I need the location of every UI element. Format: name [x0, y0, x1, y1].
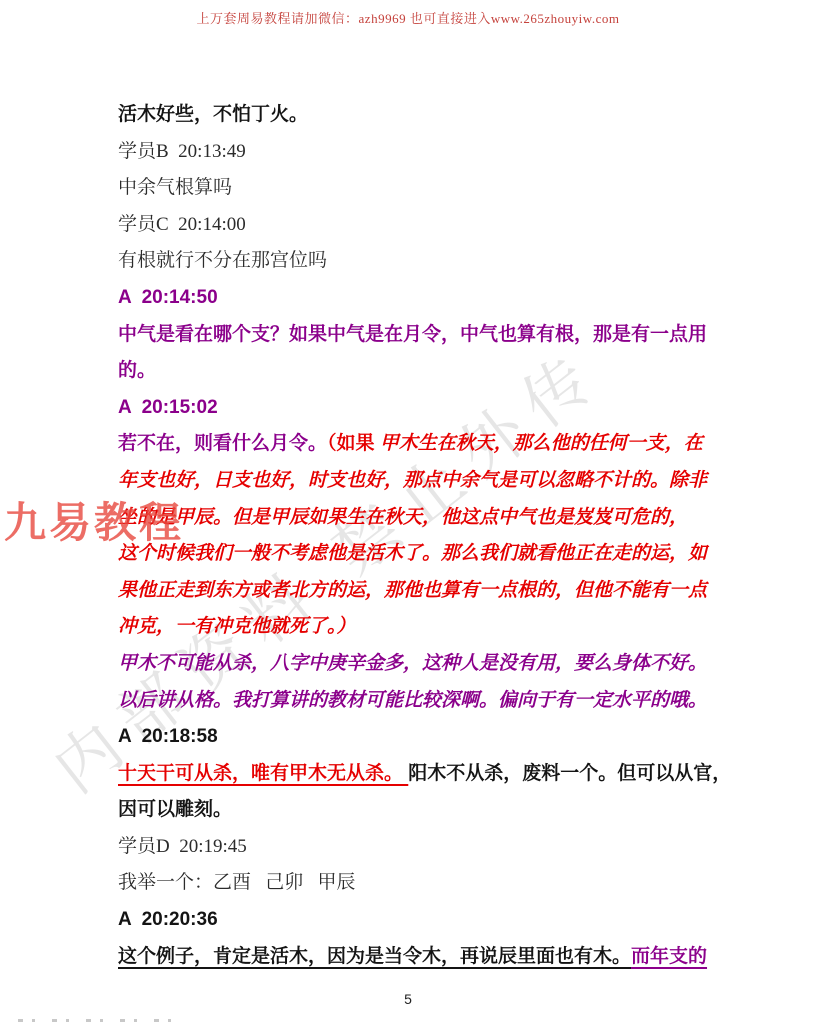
- message-line: 的。: [118, 353, 718, 390]
- speaker-timestamp-line: 学员C 20:14:00: [118, 207, 718, 244]
- brand-watermark: 九易教程: [4, 490, 184, 550]
- message-line: 这个时候我们一般不考虑他是活木了。那么我们就看他正在走的运，如: [118, 536, 718, 573]
- message-line: 十天干可从杀，唯有甲木无从杀。 阳木不从杀，废料一个。但可以从官，: [118, 756, 718, 793]
- message-line: 中余气根算吗: [118, 170, 718, 207]
- message-line: 这个例子，肯定是活木，因为是当令木，再说辰里面也有木。而年支的: [118, 939, 718, 976]
- speaker-timestamp-line: A 20:14:50: [118, 280, 718, 317]
- speaker-timestamp: A 20:20:36: [118, 909, 218, 930]
- speaker-timestamp-line: A 20:20:36: [118, 902, 718, 939]
- speaker-timestamp-line: A 20:15:02: [118, 390, 718, 427]
- speaker-timestamp: A 20:14:50: [118, 287, 218, 308]
- speaker-timestamp: 学员C 20:14:00: [118, 214, 246, 235]
- message-text-underlined: 十天干可从杀，唯有甲木无从杀。: [118, 763, 408, 784]
- cutoff-text-fragment: [18, 1019, 178, 1022]
- message-line: 以后讲从格。我打算讲的教材可能比较深啊。偏向于有一定水平的哦。: [118, 683, 718, 720]
- message-text: 因可以雕刻。: [118, 799, 232, 820]
- page-number: 5: [0, 991, 816, 1007]
- speaker-timestamp: 学员B 20:13:49: [118, 141, 246, 162]
- message-text: 阳木不从杀，废料一个。但可以从官，: [408, 763, 731, 784]
- message-text-underlined: 而年支的: [631, 946, 707, 967]
- speaker-timestamp-line: A 20:18:58: [118, 719, 718, 756]
- message-text: 中余气根算吗: [118, 177, 232, 198]
- document-page: { "header": { "notice": "上万套周易教程请加微信：azh…: [0, 0, 816, 1025]
- message-line: 因可以雕刻。: [118, 792, 718, 829]
- message-line: 我举一个：乙酉 己卯 甲辰: [118, 865, 718, 902]
- chat-transcript: 活木好些，不怕丁火。 学员B 20:13:49 中余气根算吗 学员C 20:14…: [118, 97, 718, 975]
- speaker-timestamp: A 20:18:58: [118, 726, 218, 747]
- speaker-timestamp-line: 学员D 20:19:45: [118, 829, 718, 866]
- message-text: 坐的是甲辰。但是甲辰如果生在秋天，他这点中气也是岌岌可危的，: [118, 507, 688, 528]
- message-line: 年支也好，日支也好，时支也好，那点中余气是可以忽略不计的。除非: [118, 463, 718, 500]
- message-text: 这个时候我们一般不考虑他是活木了。那么我们就看他正在走的运，如: [118, 543, 707, 564]
- message-line: 冲克，一有冲克他就死了。）: [118, 609, 718, 646]
- message-text: （如果: [327, 433, 380, 454]
- message-text: 活木好些，不怕丁火。: [118, 104, 308, 125]
- message-text-underlined: 这个例子，肯定是活木，因为是当令木，再说辰里面也有木。: [118, 946, 631, 967]
- message-text: 年支也好，日支也好，时支也好，那点中余气是可以忽略不计的。除非: [118, 470, 707, 491]
- message-text: 果他正走到东方或者北方的运，那他也算有一点根的，但他不能有一点: [118, 580, 707, 601]
- message-text: 冲克，一有冲克他就死了。）: [118, 616, 356, 637]
- message-text: 甲木生在秋天，那么他的任何一支，在: [380, 433, 703, 454]
- message-text: 中气是看在哪个支？如果中气是在月令，中气也算有根，那是有一点用: [118, 324, 707, 345]
- speaker-timestamp: 学员D 20:19:45: [118, 836, 247, 857]
- message-text: 以后讲从格。我打算讲的教材可能比较深啊。偏向于有一定水平的哦。: [118, 690, 707, 711]
- message-line: 活木好些，不怕丁火。: [118, 97, 718, 134]
- message-text: 的。: [118, 360, 156, 381]
- message-text: 若不在，则看什么月令。: [118, 433, 327, 454]
- message-line: 若不在，则看什么月令。（如果 甲木生在秋天，那么他的任何一支，在: [118, 426, 718, 463]
- message-text: 有根就行不分在那宫位吗: [118, 250, 327, 271]
- message-line: 坐的是甲辰。但是甲辰如果生在秋天，他这点中气也是岌岌可危的，: [118, 500, 718, 537]
- message-line: 甲木不可能从杀，八字中庚辛金多，这种人是没有用，要么身体不好。: [118, 646, 718, 683]
- header-notice: 上万套周易教程请加微信：azh9969 也可直接进入www.265zhouyiw…: [0, 8, 816, 27]
- message-text: 甲木不可能从杀，八字中庚辛金多，这种人是没有用，要么身体不好。: [118, 653, 707, 674]
- message-line: 有根就行不分在那宫位吗: [118, 243, 718, 280]
- message-line: 果他正走到东方或者北方的运，那他也算有一点根的，但他不能有一点: [118, 573, 718, 610]
- speaker-timestamp: A 20:15:02: [118, 397, 218, 418]
- speaker-timestamp-line: 学员B 20:13:49: [118, 134, 718, 171]
- message-line: 中气是看在哪个支？如果中气是在月令，中气也算有根，那是有一点用: [118, 317, 718, 354]
- message-text: 我举一个：乙酉 己卯 甲辰: [118, 872, 356, 893]
